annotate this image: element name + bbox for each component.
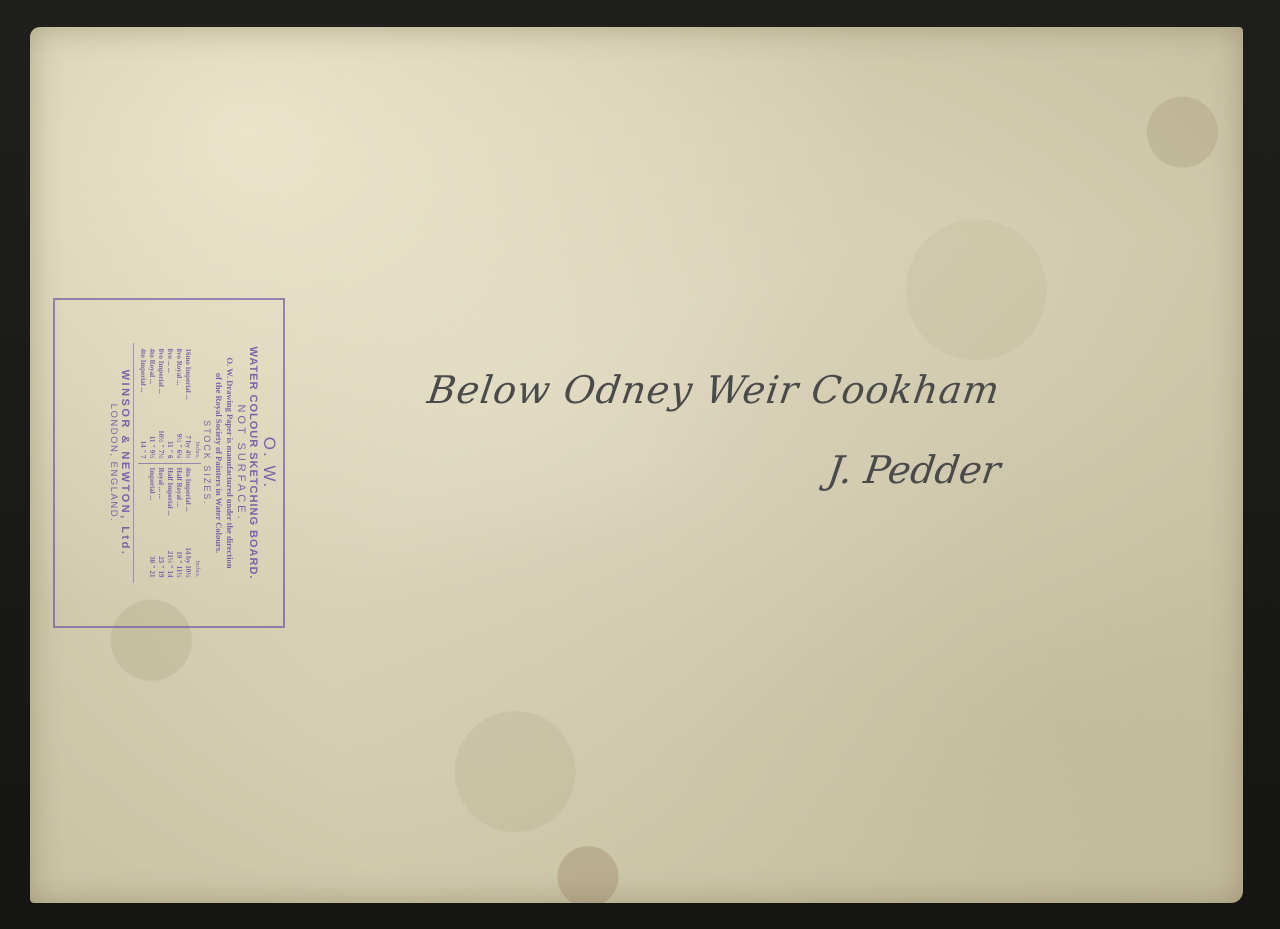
size-dims: 7 by 4½	[183, 415, 192, 459]
size-dims: 10½ " 7½	[156, 415, 165, 459]
stamp-stock-heading: STOCK SIZES.	[202, 306, 212, 620]
sizes-column-right: Inches. 4to Imperial ...14 by 10½ Half R…	[138, 468, 201, 578]
size-name: 16mo Imperial ...	[183, 349, 192, 411]
stamp-brand: O. W.	[259, 306, 279, 620]
size-dims: 30 " 21	[147, 534, 156, 578]
stamp-surface: NOT SURFACE.	[235, 306, 247, 620]
units-label: Inches.	[192, 349, 201, 459]
size-row: 16mo Imperial ...7 by 4½	[183, 349, 192, 459]
size-name: Imperial ...	[147, 468, 156, 530]
stamp-maker: WINSOR & NEWTON, Ltd.	[119, 343, 134, 583]
size-name: 4to Royal ...	[147, 349, 156, 411]
maker-stamp: O. W. WATER COLOUR SKETCHING BOARD. NOT …	[53, 298, 285, 628]
size-dims: 11 " 9½	[147, 415, 156, 459]
stamp-place: LONDON, ENGLAND.	[108, 306, 119, 620]
pencil-signature: J. Pedder	[825, 448, 1003, 492]
stamp-description-2: of the Royal Society of Painters in Wate…	[213, 306, 224, 620]
size-name: Royal ... ...	[156, 468, 165, 530]
units-label: Inches.	[192, 468, 201, 578]
size-dims: 21½ " 14	[165, 534, 174, 578]
size-name: 4to Imperial ...	[138, 349, 147, 411]
size-row: 4to Imperial ...14 by 10½	[183, 468, 192, 578]
size-dims: 14 " 7	[138, 415, 147, 459]
size-row: 4to Royal ...11 " 9½	[147, 349, 156, 459]
table-divider	[138, 463, 201, 464]
size-dims: 14 by 10½	[183, 534, 192, 578]
size-row: 8vo ... ...11 " 6	[165, 349, 174, 459]
size-name: Half Imperial ...	[165, 468, 174, 530]
size-dims: 23 " 19	[156, 534, 165, 578]
maker-stamp-text-rotated: O. W. WATER COLOUR SKETCHING BOARD. NOT …	[53, 298, 285, 628]
size-row: 4to Imperial ...14 " 7	[138, 349, 147, 459]
size-row: Royal ... ...23 " 19	[156, 468, 165, 578]
size-name: Half Royal ...	[174, 468, 183, 530]
size-row: 8vo Imperial ...10½ " 7½	[156, 349, 165, 459]
size-row: Imperial ...30 " 21	[147, 468, 156, 578]
size-row: Half Imperial ...21½ " 14	[165, 468, 174, 578]
size-name: 8vo Imperial ...	[156, 349, 165, 411]
size-name: 8vo Royal ...	[174, 349, 183, 411]
size-name: 8vo ... ...	[165, 349, 174, 411]
size-row: 8vo Royal ...9½ " 6¼	[174, 349, 183, 459]
size-dims: 19 " 11½	[174, 534, 183, 578]
stock-sizes-table: Inches. 16mo Imperial ...7 by 4½ 8vo Roy…	[138, 306, 201, 620]
size-dims: 11 " 6	[165, 415, 174, 459]
stamp-description-1: O. W. Drawing Paper is manufactured unde…	[224, 306, 235, 620]
stamp-title: WATER COLOUR SKETCHING BOARD.	[247, 306, 259, 620]
size-dims: 9½ " 6¼	[174, 415, 183, 459]
size-name: 4to Imperial ...	[183, 468, 192, 530]
pencil-inscription-title: Below Odney Weir Cookham	[425, 368, 1003, 412]
sizes-column-left: Inches. 16mo Imperial ...7 by 4½ 8vo Roy…	[138, 349, 201, 459]
size-row: Half Royal ...19 " 11½	[174, 468, 183, 578]
